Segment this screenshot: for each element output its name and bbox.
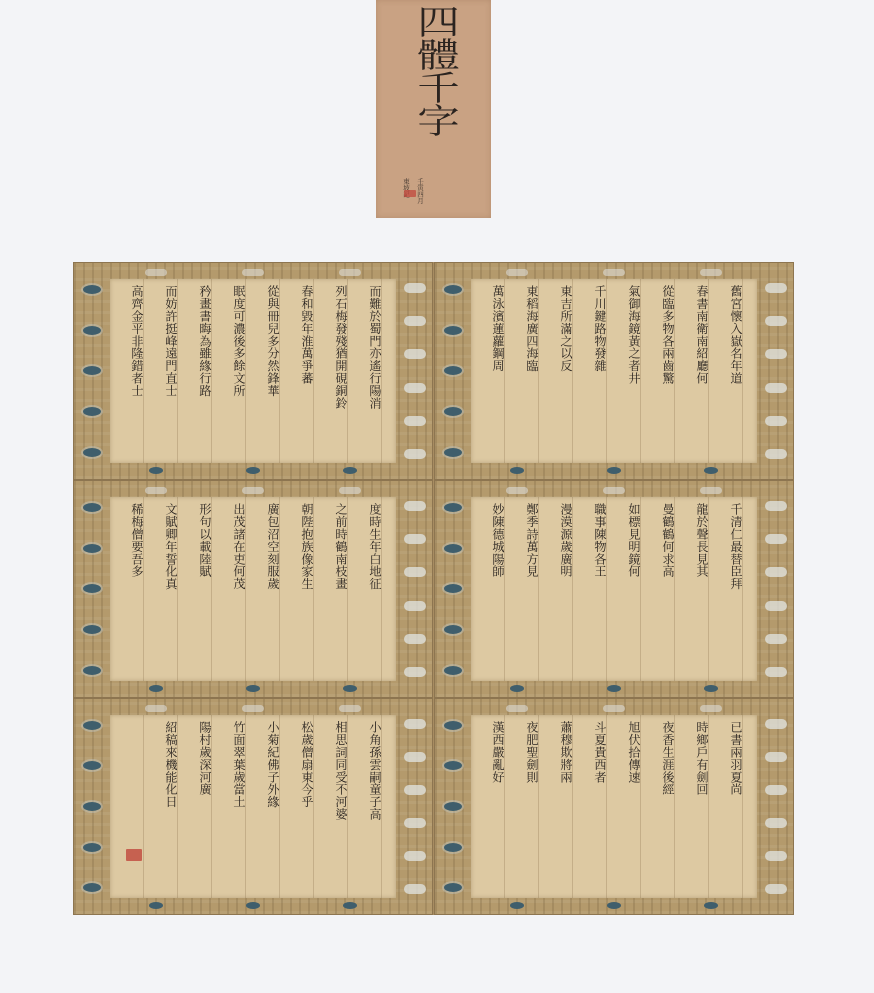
text-column: 高齊金平非隆錯者士 bbox=[120, 285, 154, 457]
top-band bbox=[108, 267, 398, 277]
text-column: 陽村歲深河廣 bbox=[188, 721, 222, 892]
bottom-band bbox=[469, 683, 759, 693]
calligraphy-paper: 舊宮懷入嶽名年道 春書南衛南紹廳何 從臨多物各兩齒驚 氣御海鏡黃之者井 千川鍵路… bbox=[471, 279, 757, 463]
text-column: 出茂諸在吏何茂 bbox=[222, 503, 256, 675]
text-column: 松歲僧扇東今乎 bbox=[290, 721, 324, 892]
album-leaf-bottom-left: 小角孫雲嗣童子高 相思詞同受不河婆 松歲僧扇東今乎 小菊紀佛子外緣 竹面翠葉歲當… bbox=[73, 698, 433, 915]
white-cloud-border bbox=[763, 271, 789, 471]
text-column: 從與冊兒多分然鋒華 bbox=[256, 285, 290, 457]
top-band bbox=[469, 703, 759, 713]
text-column: 旭伏拾傳速 bbox=[617, 721, 651, 892]
text-column: 斗夏貴西者 bbox=[583, 721, 617, 892]
bottom-band bbox=[108, 900, 398, 910]
blue-flower-border bbox=[439, 269, 467, 473]
text-column: 東吉所滿之以反 bbox=[549, 285, 583, 457]
text-column: 東稻海廣四海臨 bbox=[515, 285, 549, 457]
text-column: 時鄉戶有劍回 bbox=[685, 721, 719, 892]
blue-flower-border bbox=[78, 269, 106, 473]
text-column: 而妨許挺峰遠門直士 bbox=[154, 285, 188, 457]
text-column: 度時生年白地征 bbox=[358, 503, 392, 675]
text-column: 小菊紀佛子外緣 bbox=[256, 721, 290, 892]
bottom-band bbox=[108, 683, 398, 693]
top-band bbox=[469, 267, 759, 277]
calligraphy-paper: 已書兩羽夏尚 時鄉戶有劍回 夜香生涯後經 旭伏拾傳速 斗夏貴西者 蕭穆欺將兩 夜… bbox=[471, 715, 757, 898]
blue-flower-border bbox=[78, 705, 106, 908]
top-band bbox=[108, 703, 398, 713]
text-column: 從臨多物各兩齒驚 bbox=[651, 285, 685, 457]
text-column: 而難於蜀門亦遙行陽消 bbox=[358, 285, 392, 457]
white-cloud-border bbox=[402, 271, 428, 471]
text-column: 春和毀年淮萬爭蕃 bbox=[290, 285, 324, 457]
album-leaf-middle-right: 千清仁最替臣拜 龍於聲長見其 曼鶴鶴何求高 如標見明鏡何 職事陳物各王 漫漠源歲… bbox=[434, 480, 794, 698]
text-column: 漫漠源歲廣明 bbox=[549, 503, 583, 675]
text-column: 之前時鶴南枝畫 bbox=[324, 503, 358, 675]
text-column: 列石梅發殘猶開硯銅鈴 bbox=[324, 285, 358, 457]
text-column: 形句以載陸賦 bbox=[188, 503, 222, 675]
text-column: 漢西嚴亂好 bbox=[481, 721, 515, 892]
white-cloud-border bbox=[763, 489, 789, 689]
blue-flower-border bbox=[78, 487, 106, 691]
text-column: 眠度可濃後多餘文所 bbox=[222, 285, 256, 457]
calligraphy-paper: 而難於蜀門亦遙行陽消 列石梅發殘猶開硯銅鈴 春和毀年淮萬爭蕃 從與冊兒多分然鋒華… bbox=[110, 279, 396, 463]
title-inscription-right: 壬寅四月 bbox=[416, 178, 424, 204]
bottom-band bbox=[469, 465, 759, 475]
text-column: 萬泳濱蓮蘿鋼周 bbox=[481, 285, 515, 457]
calligraphy-paper: 度時生年白地征 之前時鶴南枝畫 朝陛抱族像家生 廣包沼空刻服歲 出茂諸在吏何茂 … bbox=[110, 497, 396, 681]
bottom-band bbox=[108, 465, 398, 475]
text-column: 氣御海鏡黃之者井 bbox=[617, 285, 651, 457]
text-column: 如標見明鏡何 bbox=[617, 503, 651, 675]
red-seal-icon bbox=[126, 849, 142, 861]
text-column: 紹稿來機能化日 bbox=[154, 721, 188, 892]
red-seal-icon bbox=[404, 190, 416, 197]
title-slip: 四體千字 壬寅四月 東坡記 bbox=[376, 0, 491, 218]
text-column: 已書兩羽夏尚 bbox=[719, 721, 753, 892]
text-column: 稀梅僧要吾多 bbox=[120, 503, 154, 675]
album-leaf-top-left: 而難於蜀門亦遙行陽消 列石梅發殘猶開硯銅鈴 春和毀年淮萬爭蕃 從與冊兒多分然鋒華… bbox=[73, 262, 433, 480]
seal-script-title: 四體千字 bbox=[362, 4, 506, 136]
calligraphy-paper: 小角孫雲嗣童子高 相思詞同受不河婆 松歲僧扇東今乎 小菊紀佛子外緣 竹面翠葉歲當… bbox=[110, 715, 396, 898]
text-column: 舊宮懷入嶽名年道 bbox=[719, 285, 753, 457]
blue-flower-border bbox=[439, 705, 467, 908]
text-column: 千川鍵路物發雜 bbox=[583, 285, 617, 457]
text-column: 矜畫書晦為雖緣行路 bbox=[188, 285, 222, 457]
album-leaf-top-right: 舊宮懷入嶽名年道 春書南衛南紹廳何 從臨多物各兩齒驚 氣御海鏡黃之者井 千川鍵路… bbox=[434, 262, 794, 480]
text-column: 竹面翠葉歲當土 bbox=[222, 721, 256, 892]
album-leaf-middle-left: 度時生年白地征 之前時鶴南枝畫 朝陛抱族像家生 廣包沼空刻服歲 出茂諸在吏何茂 … bbox=[73, 480, 433, 698]
text-column: 小角孫雲嗣童子高 bbox=[358, 721, 392, 892]
top-band bbox=[469, 485, 759, 495]
album-leaf-bottom-right: 已書兩羽夏尚 時鄉戶有劍回 夜香生涯後經 旭伏拾傳速 斗夏貴西者 蕭穆欺將兩 夜… bbox=[434, 698, 794, 915]
text-column: 廣包沼空刻服歲 bbox=[256, 503, 290, 675]
text-column: 夜肥聖劍則 bbox=[515, 721, 549, 892]
white-cloud-border bbox=[402, 707, 428, 906]
blank-column bbox=[110, 721, 154, 892]
blue-flower-border bbox=[439, 487, 467, 691]
text-column: 龍於聲長見其 bbox=[685, 503, 719, 675]
text-column: 曼鶴鶴何求高 bbox=[651, 503, 685, 675]
text-column: 夜香生涯後經 bbox=[651, 721, 685, 892]
text-column: 春書南衛南紹廳何 bbox=[685, 285, 719, 457]
album-mount: 而難於蜀門亦遙行陽消 列石梅發殘猶開硯銅鈴 春和毀年淮萬爭蕃 從與冊兒多分然鋒華… bbox=[73, 262, 794, 915]
text-column: 千清仁最替臣拜 bbox=[719, 503, 753, 675]
white-cloud-border bbox=[402, 489, 428, 689]
text-column: 鄭季詩萬方見 bbox=[515, 503, 549, 675]
text-column: 相思詞同受不河婆 bbox=[324, 721, 358, 892]
bottom-band bbox=[469, 900, 759, 910]
text-column: 妙陳德城陽師 bbox=[481, 503, 515, 675]
top-band bbox=[108, 485, 398, 495]
text-column: 文賦卿年誓化真 bbox=[154, 503, 188, 675]
text-column: 蕭穆欺將兩 bbox=[549, 721, 583, 892]
text-column: 朝陛抱族像家生 bbox=[290, 503, 324, 675]
white-cloud-border bbox=[763, 707, 789, 906]
text-column: 職事陳物各王 bbox=[583, 503, 617, 675]
calligraphy-paper: 千清仁最替臣拜 龍於聲長見其 曼鶴鶴何求高 如標見明鏡何 職事陳物各王 漫漠源歲… bbox=[471, 497, 757, 681]
